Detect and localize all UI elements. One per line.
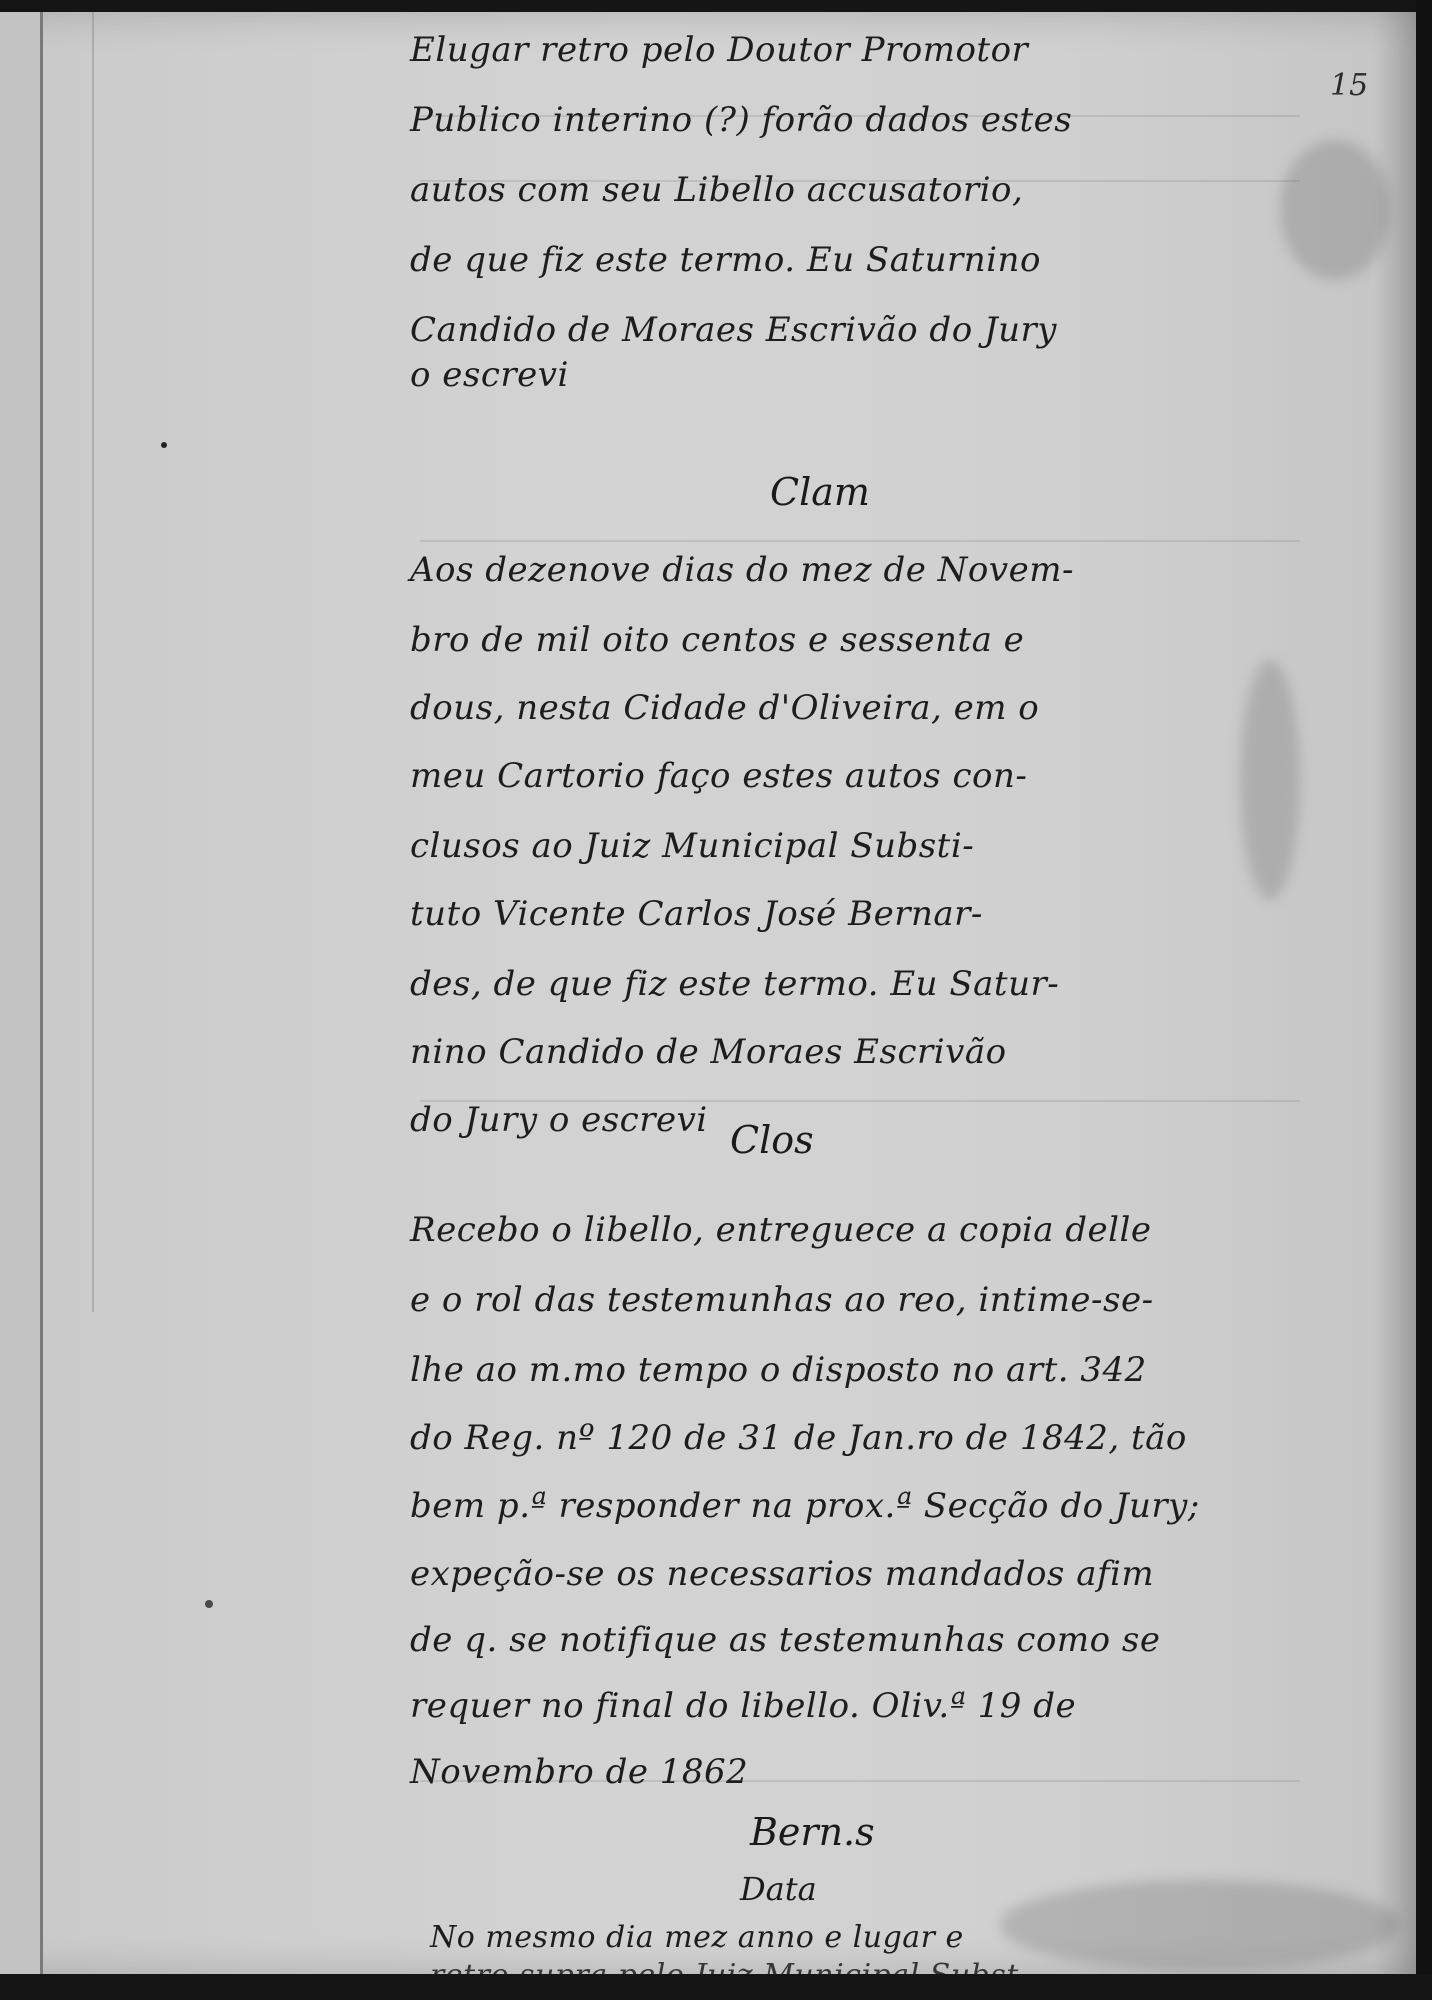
section-heading-data: Data bbox=[740, 1870, 817, 1908]
text-line: de que fiz este termo. Eu Saturnino bbox=[410, 240, 1041, 280]
judge-signature: Bern.s bbox=[750, 1810, 875, 1854]
text-line: tuto Vicente Carlos José Bernar- bbox=[410, 894, 983, 934]
text-line: requer no final do libello. Oliv.ª 19 de bbox=[410, 1686, 1076, 1726]
paper-stain bbox=[1240, 660, 1300, 900]
text-line: dous, nesta Cidade d'Oliveira, em o bbox=[410, 688, 1039, 728]
adjacent-page-edge bbox=[0, 12, 43, 1974]
text-line: expeção-se os necessarios mandados afim bbox=[410, 1554, 1154, 1594]
text-line: Aos dezenove dias do mez de Novem- bbox=[410, 550, 1074, 590]
water-stain bbox=[1000, 1880, 1400, 1970]
text-line: bem p.ª responder na prox.ª Secção do Ju… bbox=[410, 1486, 1200, 1526]
folio-number: 15 bbox=[1330, 68, 1368, 103]
ink-spot bbox=[161, 442, 167, 448]
scan-border-bottom bbox=[0, 1974, 1432, 2000]
text-line: meu Cartorio faço estes autos con- bbox=[410, 756, 1027, 796]
text-line: autos com seu Libello accusatorio, bbox=[410, 170, 1023, 210]
text-line: Elugar retro pelo Doutor Promotor bbox=[410, 30, 1028, 70]
text-line: lhe ao m.mo tempo o disposto no art. 342 bbox=[410, 1350, 1147, 1390]
text-line: do Reg. nº 120 de 31 de Jan.ro de 1842, … bbox=[410, 1418, 1187, 1458]
text-line: e o rol das testemunhas ao reo, intime-s… bbox=[410, 1280, 1154, 1320]
fold-crease bbox=[92, 12, 94, 1312]
scan-border-right bbox=[1416, 0, 1432, 2000]
text-line: clusos ao Juiz Municipal Substi- bbox=[410, 826, 974, 866]
text-line: de q. se notifique as testemunhas como s… bbox=[410, 1620, 1161, 1660]
text-line: nino Candido de Moraes Escrivão bbox=[410, 1032, 1007, 1072]
bleed-through-line bbox=[420, 540, 1300, 542]
ink-spot bbox=[205, 1600, 213, 1608]
text-line: Publico interino (?) forão dados estes bbox=[410, 100, 1072, 140]
text-line: No mesmo dia mez anno e lugar e bbox=[430, 1920, 964, 1955]
text-line: bro de mil oito centos e sessenta e bbox=[410, 620, 1024, 660]
text-line: o escrevi bbox=[410, 355, 569, 395]
text-line: Recebo o libello, entreguece a copia del… bbox=[410, 1210, 1152, 1250]
text-line: Novembro de 1862 bbox=[410, 1752, 748, 1792]
text-line: Candido de Moraes Escrivão do Jury bbox=[410, 310, 1057, 350]
text-line: des, de que fiz este termo. Eu Satur- bbox=[410, 964, 1059, 1004]
section-heading-clam: Clam bbox=[770, 470, 870, 514]
section-heading-clos: Clos bbox=[730, 1118, 814, 1162]
paper-stain bbox=[1280, 140, 1390, 280]
text-line: do Jury o escrevi bbox=[410, 1100, 708, 1140]
